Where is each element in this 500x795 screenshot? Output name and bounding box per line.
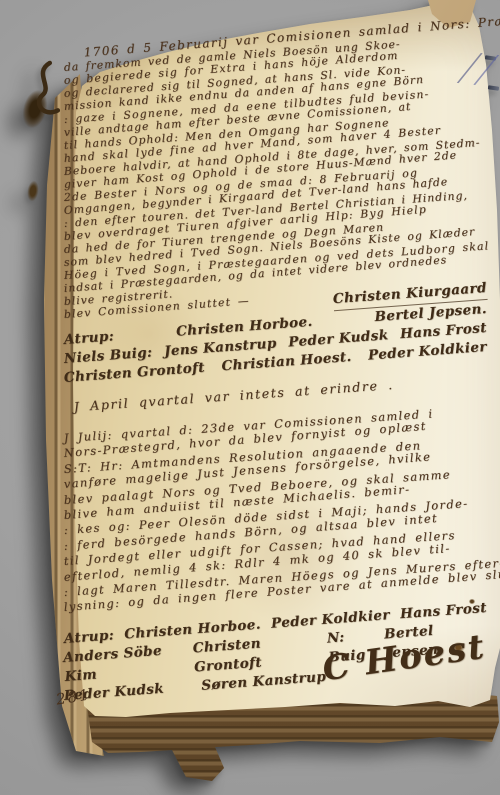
entry-february-1706: 1706 d 5 Februarij var Comisionen samlad… <box>64 48 488 321</box>
photo-backdrop: 1706 d 5 Februarij var Comisionen samlad… <box>0 0 500 795</box>
book-clasp-icon <box>488 85 499 90</box>
entry-july: J Julij: qvartal d: 23de var Comissionen… <box>64 431 488 616</box>
handwritten-text-block: 1706 d 5 Februarij var Comisionen samlad… <box>64 48 488 706</box>
torn-hole <box>24 177 41 205</box>
